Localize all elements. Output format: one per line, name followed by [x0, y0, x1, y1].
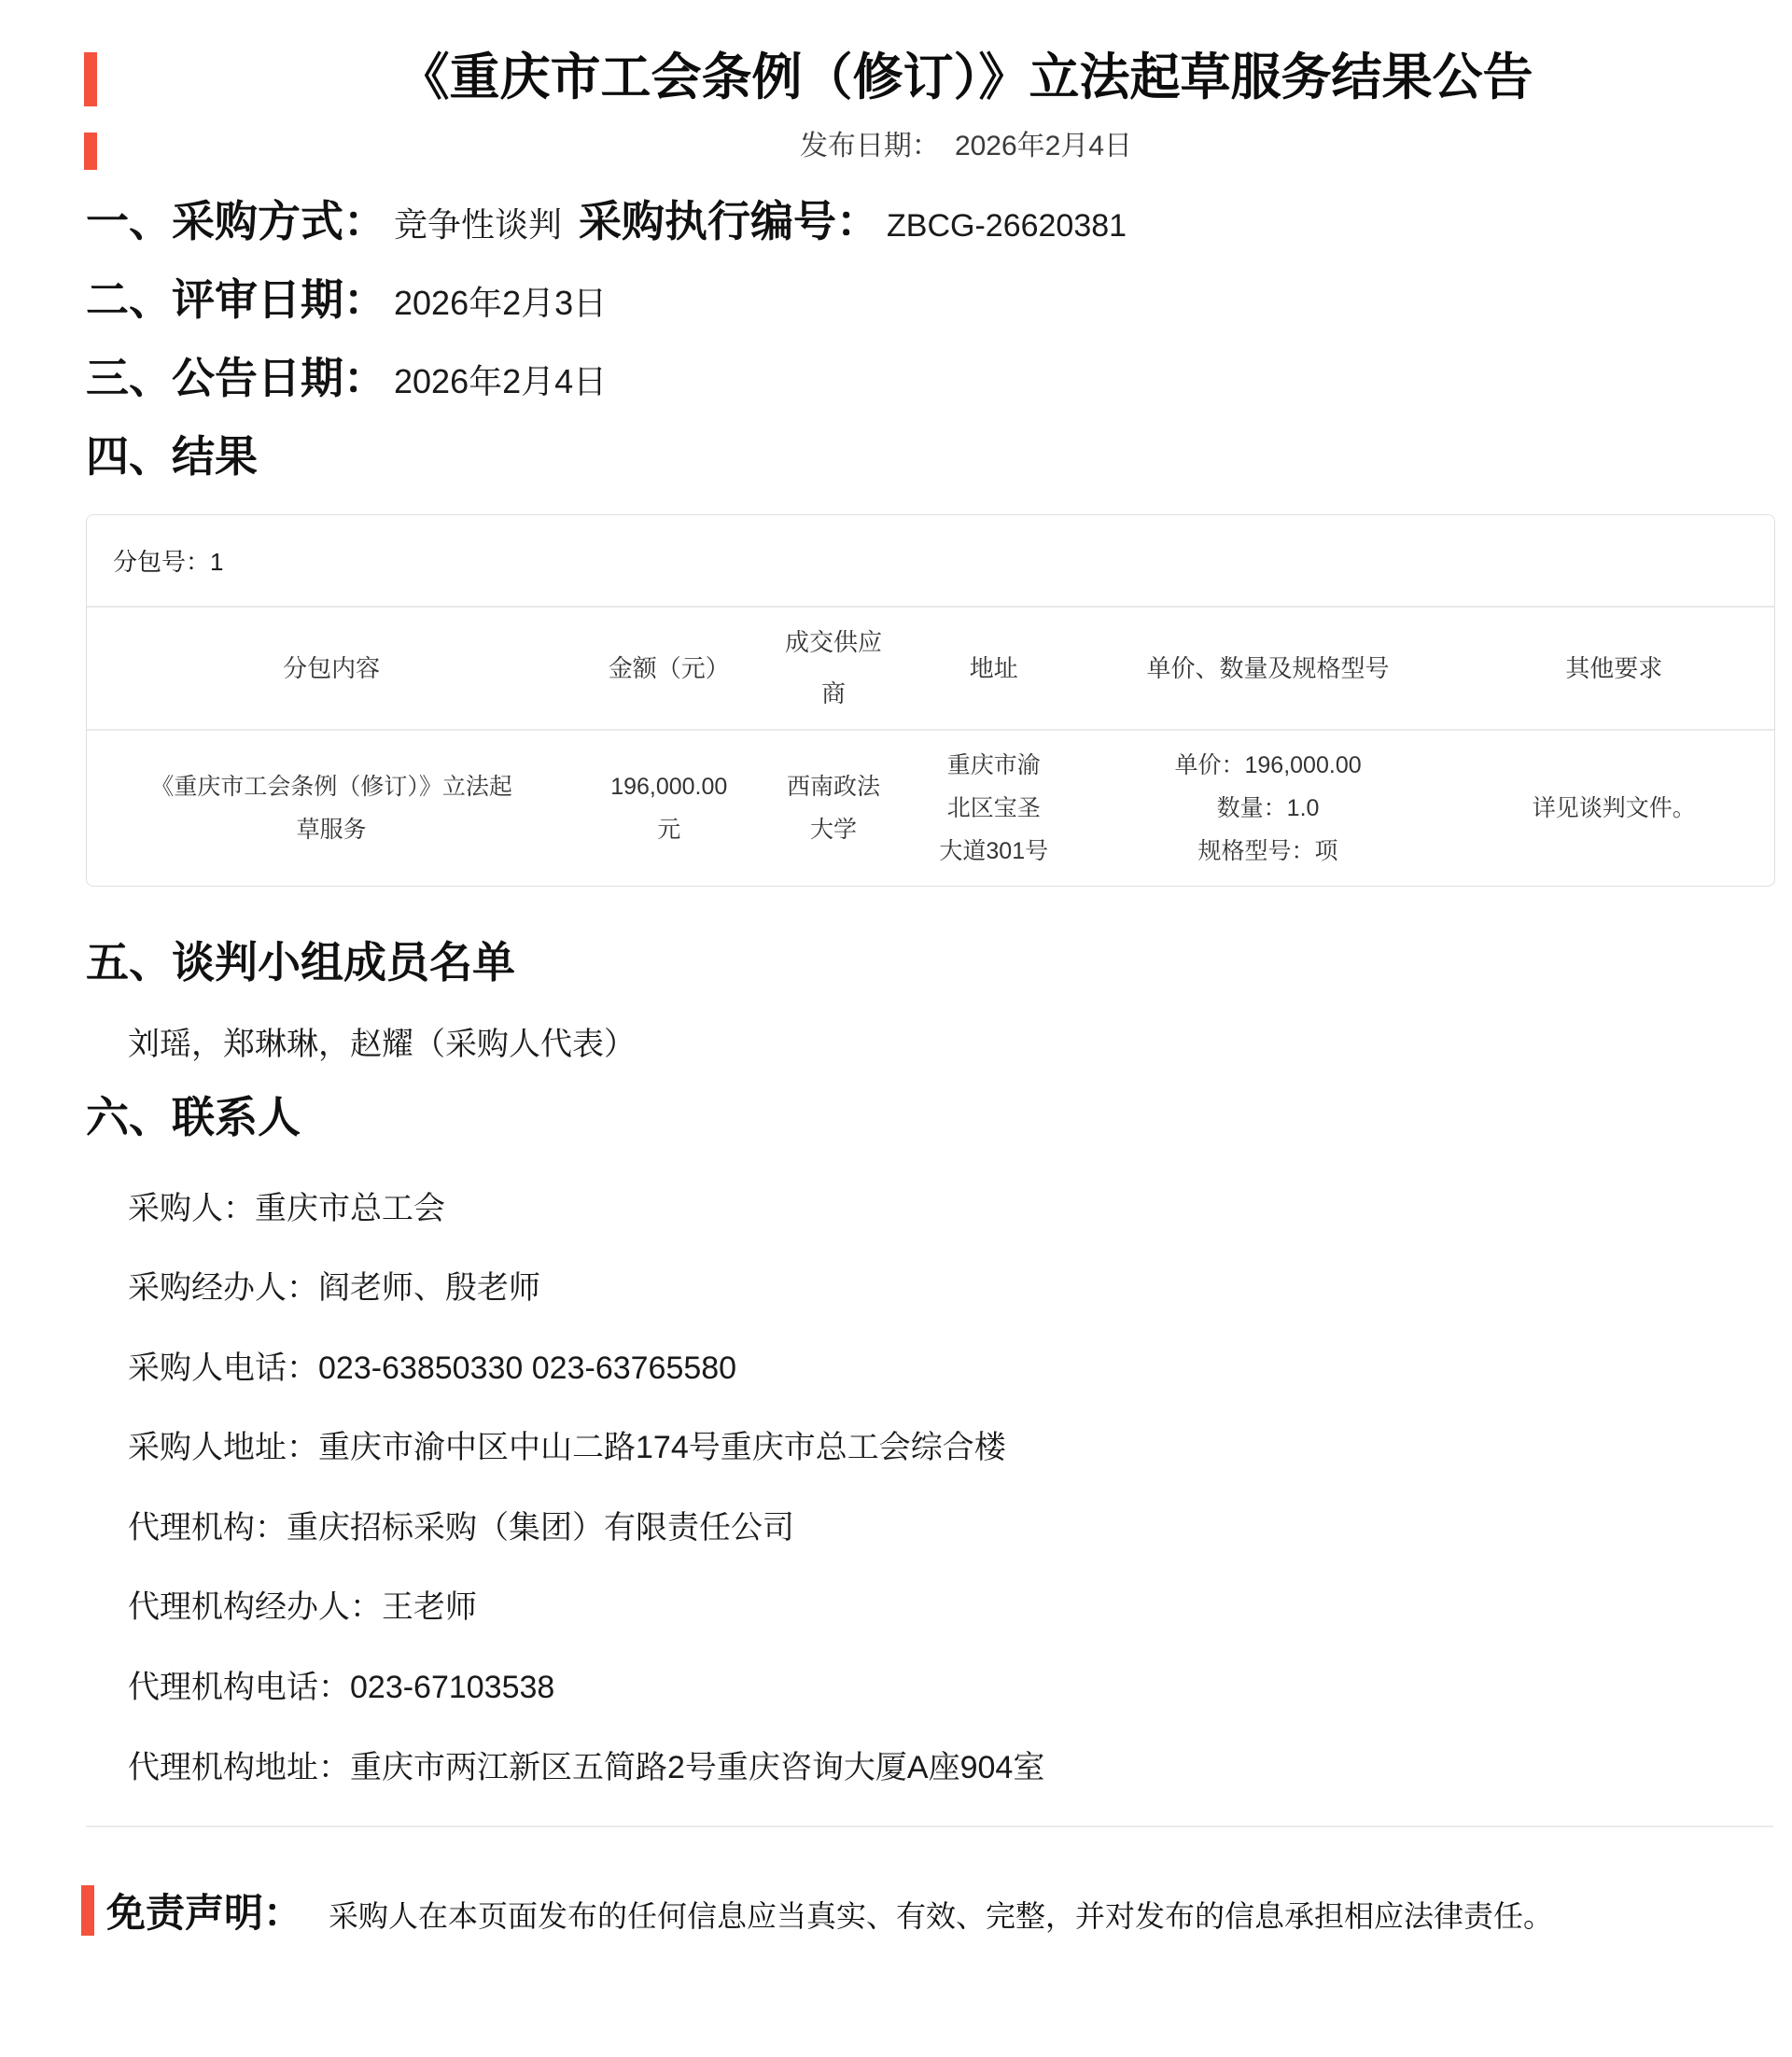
method-value: 竞争性谈判: [394, 205, 562, 244]
spec-model: 规格型号：项: [1096, 830, 1441, 873]
result-table-data-row: 《重庆市工会条例（修订）》立法起草服务 196,000.00元 西南政法大学 重…: [87, 730, 1774, 887]
contact-list: 采购人：重庆市总工会 采购经办人：阎老师、殷老师 采购人电话：023-63850…: [86, 1187, 1773, 1791]
publish-date-value: 2026年2月4日: [955, 131, 1132, 161]
exec-no-label: 采购执行编号：: [579, 197, 879, 245]
method-label: 采购方式：: [172, 197, 386, 245]
disclaimer-text: 采购人在本页面发布的任何信息应当真实、有效、完整，并对发布的信息承担相应法律责任…: [329, 1899, 1553, 1933]
publish-date-line: 发布日期：2026年2月4日: [86, 127, 1773, 166]
contact-agency: 代理机构：重庆招标采购（集团）有限责任公司: [128, 1506, 1773, 1551]
contact-purchaser: 采购人：重庆市总工会: [128, 1187, 1773, 1232]
cell-content: 《重庆市工会条例（修订）》立法起草服务: [87, 730, 576, 887]
contact-agency-address: 代理机构地址：重庆市两江新区五简路2号重庆咨询大厦A座904室: [128, 1746, 1773, 1791]
result-label: 结果: [172, 432, 258, 481]
section-heading-contact: 六、联系人: [86, 1090, 1773, 1146]
panel-members: 刘瑶，郑琳琳，赵耀（采购人代表）: [128, 1023, 1773, 1068]
announce-date-label: 公告日期：: [172, 354, 386, 402]
col-header-supplier: 成交供应商: [762, 608, 905, 729]
section-heading-method: 一、采购方式：竞争性谈判采购执行编号：ZBCG-26620381: [86, 194, 1773, 250]
divider: [86, 1826, 1773, 1827]
contact-agency-agent: 代理机构经办人：王老师: [128, 1586, 1773, 1630]
contact-purchaser-phone: 采购人电话：023-63850330 023-63765580: [128, 1347, 1773, 1392]
section-heading-review-date: 二、评审日期：2026年2月3日: [86, 273, 1773, 329]
section-number: 一、: [86, 197, 172, 245]
contact-label: 联系人: [172, 1093, 301, 1141]
col-header-address: 地址: [905, 608, 1083, 729]
cell-address: 重庆市渝北区宝圣大道301号: [905, 730, 1083, 887]
announcement-body: 一、采购方式：竞争性谈判采购执行编号：ZBCG-26620381 二、评审日期：…: [86, 194, 1773, 1956]
disclaimer-accent-bar: [81, 1885, 94, 1936]
package-number-value: 1: [210, 548, 223, 576]
page-title: 《重庆市工会条例（修订）》立法起草服务结果公告: [86, 45, 1773, 110]
col-header-other: 其他要求: [1453, 608, 1774, 729]
section-number: 二、: [86, 275, 172, 324]
section-number: 四、: [86, 432, 172, 481]
col-header-amount: 金额（元）: [576, 608, 762, 729]
contact-agency-phone: 代理机构电话：023-67103538: [128, 1666, 1773, 1711]
spec-unit-price: 单价：196,000.00: [1096, 744, 1441, 787]
document-header: 《重庆市工会条例（修订）》立法起草服务结果公告 发布日期：2026年2月4日: [86, 45, 1773, 166]
announce-date-value: 2026年2月4日: [394, 362, 607, 400]
exec-no-value: ZBCG-26620381: [887, 208, 1127, 244]
cell-amount: 196,000.00元: [576, 730, 762, 887]
date-accent-bar: [84, 133, 97, 170]
section-number: 五、: [86, 938, 172, 987]
disclaimer: 免责声明：采购人在本页面发布的任何信息应当真实、有效、完整，并对发布的信息承担相…: [86, 1870, 1773, 1956]
publish-date-label: 发布日期：: [800, 131, 940, 161]
cell-spec: 单价：196,000.00 数量：1.0 规格型号：项: [1083, 730, 1454, 887]
cell-other-requirements: 详见谈判文件。: [1453, 730, 1774, 887]
result-table-header-row: 分包内容 金额（元） 成交供应商 地址 单价、数量及规格型号 其他要求: [87, 608, 1774, 729]
section-number: 六、: [86, 1093, 172, 1141]
spec-quantity: 数量：1.0: [1096, 787, 1441, 830]
panel-label: 谈判小组成员名单: [172, 938, 515, 987]
col-header-content: 分包内容: [87, 608, 576, 729]
section-number: 三、: [86, 354, 172, 402]
contact-purchaser-address: 采购人地址：重庆市渝中区中山二路174号重庆市总工会综合楼: [128, 1426, 1773, 1471]
title-accent-bar: [84, 52, 97, 106]
col-header-spec: 单价、数量及规格型号: [1083, 608, 1454, 729]
result-card: 分包号：1 分包内容 金额（元） 成交供应商 地址 单价、数量及规格型号 其他要…: [86, 514, 1775, 887]
package-number-label: 分包号：: [113, 548, 210, 576]
review-date-label: 评审日期：: [172, 275, 386, 324]
section-heading-result: 四、结果: [86, 429, 1773, 485]
contact-purchaser-agent: 采购经办人：阎老师、殷老师: [128, 1266, 1773, 1311]
result-table: 分包内容 金额（元） 成交供应商 地址 单价、数量及规格型号 其他要求 《重庆市…: [87, 608, 1774, 886]
package-number-row: 分包号：1: [87, 515, 1774, 608]
cell-supplier: 西南政法大学: [762, 730, 905, 887]
review-date-value: 2026年2月3日: [394, 284, 607, 322]
section-heading-announce-date: 三、公告日期：2026年2月4日: [86, 351, 1773, 407]
section-heading-panel: 五、谈判小组成员名单: [86, 935, 1773, 991]
disclaimer-label: 免责声明：: [106, 1891, 302, 1935]
